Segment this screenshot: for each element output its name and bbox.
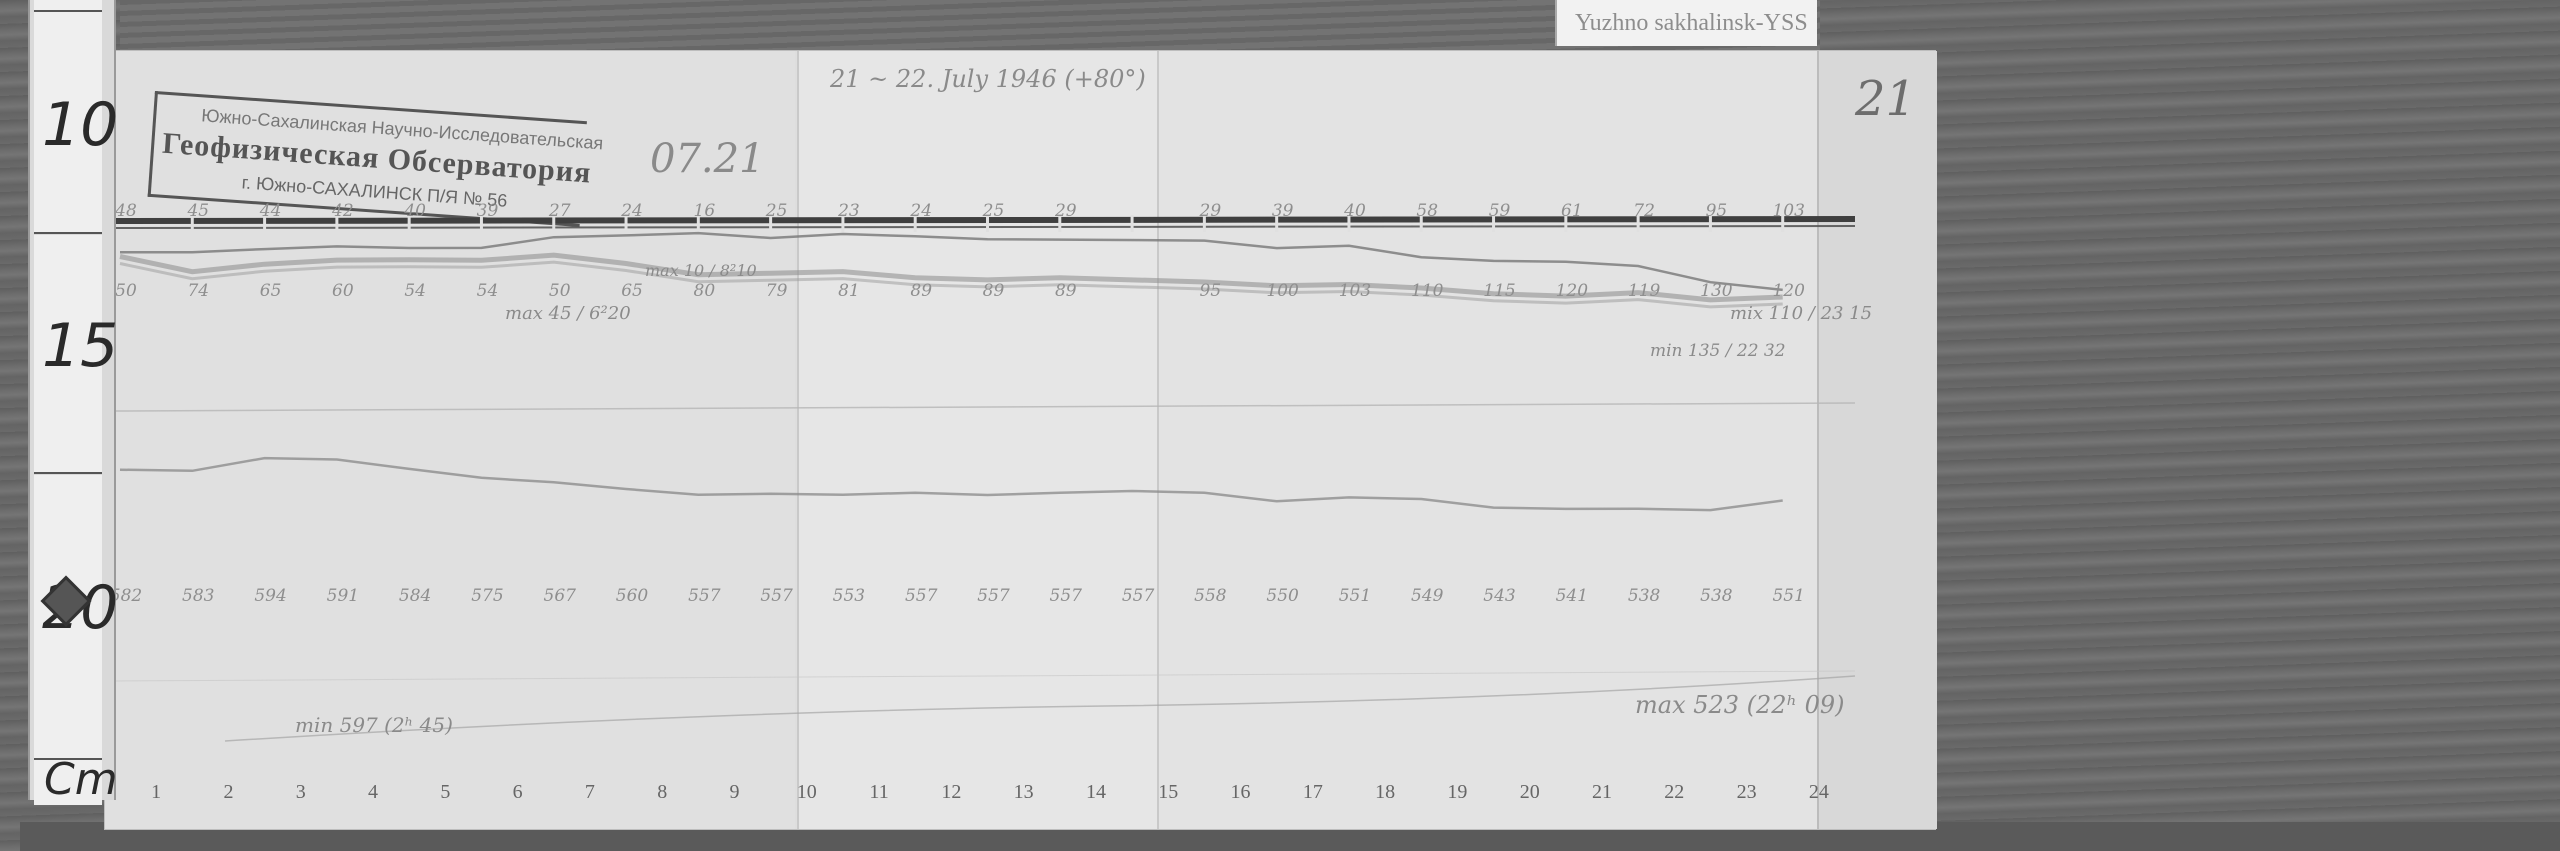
- scale-value: 74: [187, 281, 209, 301]
- hour-label: 4: [368, 781, 378, 804]
- scale-value: 110: [1411, 281, 1443, 301]
- ruler-cell-unit: Cm: [34, 760, 102, 805]
- scale-value: 115: [1483, 281, 1515, 301]
- scale-value: 95: [1706, 201, 1728, 221]
- scale-value: 120: [1556, 281, 1588, 301]
- hour-label: 24: [1809, 781, 1829, 804]
- hour-label: 7: [585, 781, 595, 804]
- annotation-mix-right: mix 110 / 23 15: [1730, 303, 1872, 324]
- magnetogram-sheet: Южно-Сахалинская Научно-Исследовательска…: [104, 50, 1936, 830]
- scale-value: 23: [838, 201, 860, 221]
- scale-value: 538: [1700, 586, 1732, 606]
- hour-label: 17: [1303, 781, 1323, 804]
- scale-value: 558: [1194, 586, 1226, 606]
- scale-value: 541: [1556, 586, 1588, 606]
- annotation-max-mid: max 10 / 8²10: [645, 261, 757, 280]
- scale-value: 557: [1050, 586, 1082, 606]
- hour-label: 9: [729, 781, 739, 804]
- scale-value: 45: [187, 201, 209, 221]
- scale-value: 54: [477, 281, 499, 301]
- hour-label: 14: [1086, 781, 1106, 804]
- annotation-min-right: min 135 / 22 32: [1650, 341, 1786, 361]
- scale-value: 59: [1489, 201, 1511, 221]
- scale-value: 583: [182, 586, 214, 606]
- scale-value: 557: [977, 586, 1009, 606]
- scale-value: 39: [477, 201, 499, 221]
- ruler-mark-15: 15: [42, 311, 118, 381]
- hour-label: 12: [941, 781, 961, 804]
- scale-value: 130: [1700, 281, 1732, 301]
- ruler-cell-top: [34, 0, 102, 12]
- scale-value: 50: [115, 281, 137, 301]
- hour-label: 8: [657, 781, 667, 804]
- hour-label: 16: [1231, 781, 1251, 804]
- scale-value: 89: [910, 281, 932, 301]
- scale-value: 16: [694, 201, 716, 221]
- scale-value: 550: [1266, 586, 1298, 606]
- scale-value: 553: [833, 586, 865, 606]
- scale-value: 40: [404, 201, 426, 221]
- hour-label: 3: [296, 781, 306, 804]
- scale-value: 79: [766, 281, 788, 301]
- scale-value: 25: [983, 201, 1005, 221]
- scale-value: 44: [260, 201, 282, 221]
- ruler-mark-10: 10: [42, 90, 118, 160]
- centimeter-ruler: 10 15 20 Cm: [28, 0, 116, 800]
- hour-label: 21: [1592, 781, 1612, 804]
- hour-label: 1: [151, 781, 161, 804]
- scale-value: 119: [1628, 281, 1660, 301]
- scale-value: 575: [471, 586, 503, 606]
- scale-value: 557: [1122, 586, 1154, 606]
- hour-label: 5: [440, 781, 450, 804]
- scale-value: 65: [260, 281, 282, 301]
- hour-label: 13: [1014, 781, 1034, 804]
- scale-value: 24: [910, 201, 932, 221]
- scale-value: 538: [1628, 586, 1660, 606]
- hour-label: 22: [1664, 781, 1684, 804]
- scale-value: 551: [1772, 586, 1804, 606]
- scale-value: 594: [254, 586, 286, 606]
- scale-value: 40: [1344, 201, 1366, 221]
- scale-value: 65: [621, 281, 643, 301]
- ruler-cell-10: 10: [34, 12, 102, 234]
- hour-label: 6: [513, 781, 523, 804]
- hour-label: 23: [1737, 781, 1757, 804]
- scale-value: 557: [688, 586, 720, 606]
- scale-value: 42: [332, 201, 354, 221]
- scale-value: 103: [1339, 281, 1371, 301]
- ruler-unit: Cm: [44, 754, 118, 805]
- scale-value: 60: [332, 281, 354, 301]
- hour-label: 2: [223, 781, 233, 804]
- scale-value: 50: [549, 281, 571, 301]
- scale-value: 89: [983, 281, 1005, 301]
- scale-value: 25: [766, 201, 788, 221]
- station-label-card: Yuzhno sakhalinsk-YSS: [1555, 0, 1817, 46]
- scale-value: 95: [1200, 281, 1222, 301]
- annotation-max-bottom-right: max 523 (22ʰ 09): [1635, 691, 1844, 719]
- scale-value: 584: [399, 586, 431, 606]
- annotation-max-left: max 45 / 6²20: [505, 303, 631, 324]
- scale-value: 103: [1772, 201, 1804, 221]
- scale-value: 58: [1416, 201, 1438, 221]
- scale-value: 567: [544, 586, 576, 606]
- scale-value: 29: [1200, 201, 1222, 221]
- scale-value: 39: [1272, 201, 1294, 221]
- scale-value: 557: [905, 586, 937, 606]
- scale-value: 557: [760, 586, 792, 606]
- scale-value: 72: [1633, 201, 1655, 221]
- scale-value: 549: [1411, 586, 1443, 606]
- scale-value: 591: [327, 586, 359, 606]
- scale-value: 89: [1055, 281, 1077, 301]
- hour-label: 10: [797, 781, 817, 804]
- scale-value: 24: [621, 201, 643, 221]
- scale-value: 29: [1055, 201, 1077, 221]
- hour-label: 20: [1520, 781, 1540, 804]
- hour-label: 18: [1375, 781, 1395, 804]
- scale-value: 551: [1339, 586, 1371, 606]
- ruler-cell-15: 15: [34, 235, 102, 474]
- scale-value: 61: [1561, 201, 1583, 221]
- scale-value: 100: [1266, 281, 1298, 301]
- scale-value: 543: [1483, 586, 1515, 606]
- scale-value: 27: [549, 201, 571, 221]
- scale-value: 54: [404, 281, 426, 301]
- scale-value: 120: [1772, 281, 1804, 301]
- hour-axis: 123456789101112131415161718192021222324: [105, 781, 1935, 821]
- scale-value: 48: [115, 201, 137, 221]
- hour-label: 15: [1158, 781, 1178, 804]
- hour-label: 11: [869, 781, 888, 804]
- scale-value: 560: [616, 586, 648, 606]
- scale-value: 80: [694, 281, 716, 301]
- station-label: Yuzhno sakhalinsk-YSS: [1575, 10, 1808, 37]
- annotation-min-bottom-left: min 597 (2ʰ 45): [295, 713, 453, 737]
- scale-value: 81: [838, 281, 860, 301]
- hour-label: 19: [1447, 781, 1467, 804]
